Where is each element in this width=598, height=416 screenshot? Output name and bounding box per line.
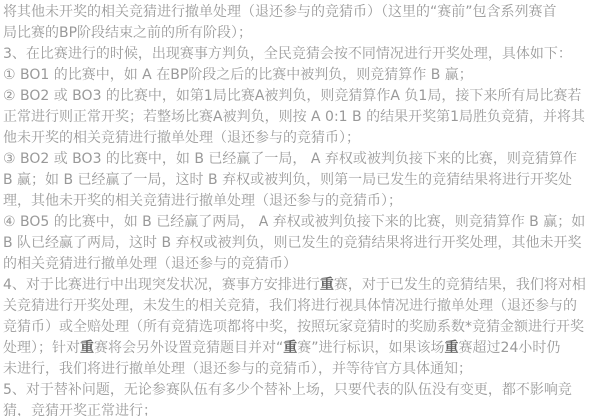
rules-document: 将其他未开奖的相关竞猜进行撤单处理（退还参与的竞猜币）（这里的“赛前”包含系列赛… (0, 0, 598, 416)
text-line: 正常进行则正常开奖；若整场比赛A被判负，则按 A 0:1 B 的结果开奖第1局胜… (3, 107, 594, 128)
text-line: 他未开奖的相关竞猜进行撤单处理（退还参与的竞猜币）； (3, 128, 594, 149)
text-line: 3、在比赛进行的时候，出现赛事方判负，全民竞猜会按不同情况进行开奖处理，具体如下… (3, 44, 594, 65)
text-line: 局比赛的BP阶段结束之前的所有阶段）； (3, 23, 594, 44)
text-line: ③ BO2 或 BO3 的比赛中，如 B 已经赢了一局， A 弃权或被判负接下来… (3, 149, 594, 170)
text-line: 处理）；针对重赛将会另外设置竞猜题目并对“重赛”进行标识，如果该场重赛超过24小… (3, 338, 594, 359)
text-line: B 队已经赢了两局，这时 B 弃权或被判负，则已发生的竞猜结果将进行开奖处理，其… (3, 233, 594, 254)
text-line: ① BO1 的比赛中，如 A 在BP阶段之后的比赛中被判负，则竞猜算作 B 赢； (3, 65, 594, 86)
text-line: ② BO2 或 BO3 的比赛中，如第1局比赛A被判负，则竞猜算作A 负1局，接… (3, 86, 594, 107)
page: { "document": { "background_color": "#ff… (0, 0, 598, 416)
text-line: 将其他未开奖的相关竞猜进行撤单处理（退还参与的竞猜币）（这里的“赛前”包含系列赛… (3, 2, 594, 23)
text-line: 5、对于替补问题，无论参赛队伍有多少个替补上场，只要代表的队伍没有变更，都不影响… (3, 380, 594, 401)
text-line: 猜，竞猜开奖正常进行； (3, 401, 594, 416)
text-line: 未进行，我们将进行撤单处理（退还参与的竞猜币），并等待官方具体通知； (3, 359, 594, 380)
text-line: 竞猜币）或全赔处理（所有竞猜选项都将中奖，按照玩家竞猜时的奖励系数*竞猜金额进行… (3, 317, 594, 338)
text-line: B 赢；如 B 已经赢了一局，这时 B 弃权或被判负，则第一局已发生的竞猜结果将… (3, 170, 594, 191)
text-line: 4、对于比赛进行中出现突发状况，赛事方安排进行重赛，对于已发生的竞猜结果，我们将… (3, 275, 594, 296)
text-line: 关竞猜进行开奖处理，未发生的相关竞猜，我们将进行视具体情况进行撤单处理（退还参与… (3, 296, 594, 317)
text-line: ④ BO5 的比赛中，如 B 已经赢了两局， A 弃权或被判负接下来的比赛，则竞… (3, 212, 594, 233)
text-line: 理，其他未开奖的相关竞猜进行撤单处理（退还参与的竞猜币）； (3, 191, 594, 212)
text-line: 的相关竞猜进行撤单处理（退还参与的竞猜币） (3, 254, 594, 275)
